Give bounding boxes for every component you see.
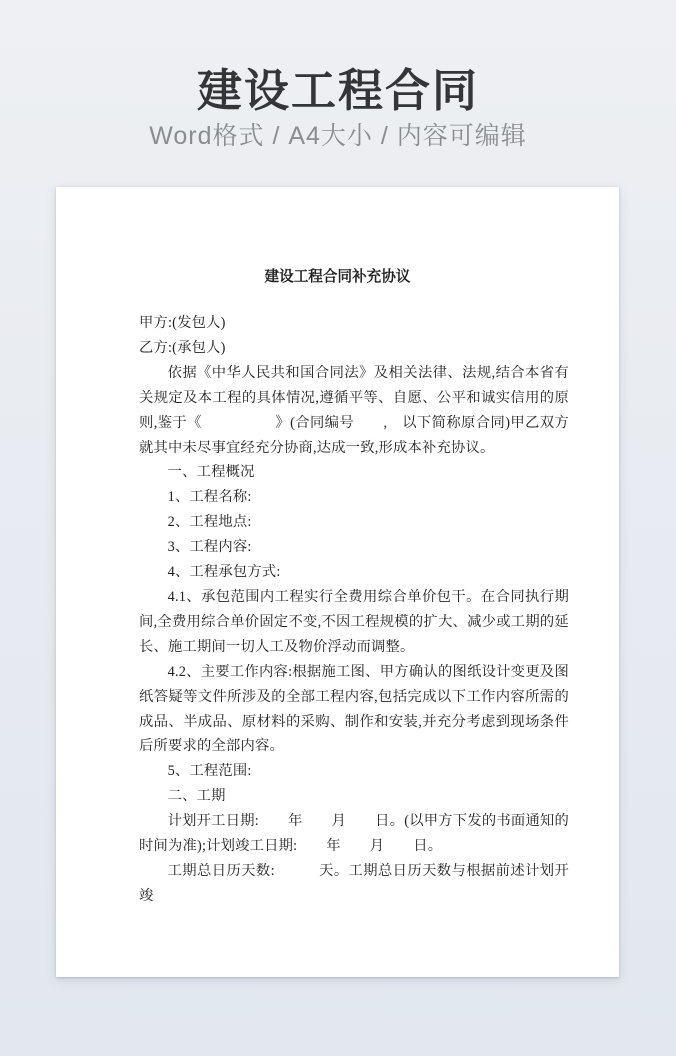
preview-subtitle: Word格式 / A4大小 / 内容可编辑 <box>0 122 676 150</box>
doc-paragraph: 依据《中华人民共和国合同法》及相关法律、法规,结合本省有关规定及本工程的具体情况… <box>139 361 569 461</box>
doc-paragraph: 5、工程范围: <box>139 759 569 784</box>
doc-paragraph: 一、工程概况 <box>139 460 569 485</box>
template-preview-root: { "header": { "title": "建设工程合同", "subtit… <box>0 0 676 1056</box>
preview-title: 建设工程合同 <box>0 66 676 116</box>
doc-body: 甲方:(发包人)乙方:(承包人)依据《中华人民共和国合同法》及相关法律、法规,结… <box>139 311 569 909</box>
document-title: 建设工程合同补充协议 <box>56 264 619 290</box>
doc-paragraph: 工期总日历天数: 天。工期总日历天数与根据前述计划开竣 <box>139 859 569 909</box>
doc-paragraph: 4.2、主要工作内容:根据施工图、甲方确认的图纸设计变更及图纸答疑等文件所涉及的… <box>139 660 569 760</box>
preview-header: 建设工程合同 Word格式 / A4大小 / 内容可编辑 <box>0 0 676 150</box>
doc-paragraph: 3、工程内容: <box>139 535 569 560</box>
doc-paragraph: 乙方:(承包人) <box>139 336 569 361</box>
doc-paragraph: 甲方:(发包人) <box>139 311 569 336</box>
doc-paragraph: 2、工程地点: <box>139 510 569 535</box>
doc-paragraph: 计划开工日期: 年 月 日。(以甲方下发的书面通知的时间为准);计划竣工日期: … <box>139 809 569 859</box>
doc-paragraph: 4.1、承包范围内工程实行全费用综合单价包干。在合同执行期间,全费用综合单价固定… <box>139 585 569 660</box>
doc-paragraph: 4、工程承包方式: <box>139 560 569 585</box>
doc-paragraph: 二、工期 <box>139 784 569 809</box>
doc-paragraph: 1、工程名称: <box>139 485 569 510</box>
a4-page-preview: 建设工程合同补充协议 甲方:(发包人)乙方:(承包人)依据《中华人民共和国合同法… <box>56 187 619 977</box>
